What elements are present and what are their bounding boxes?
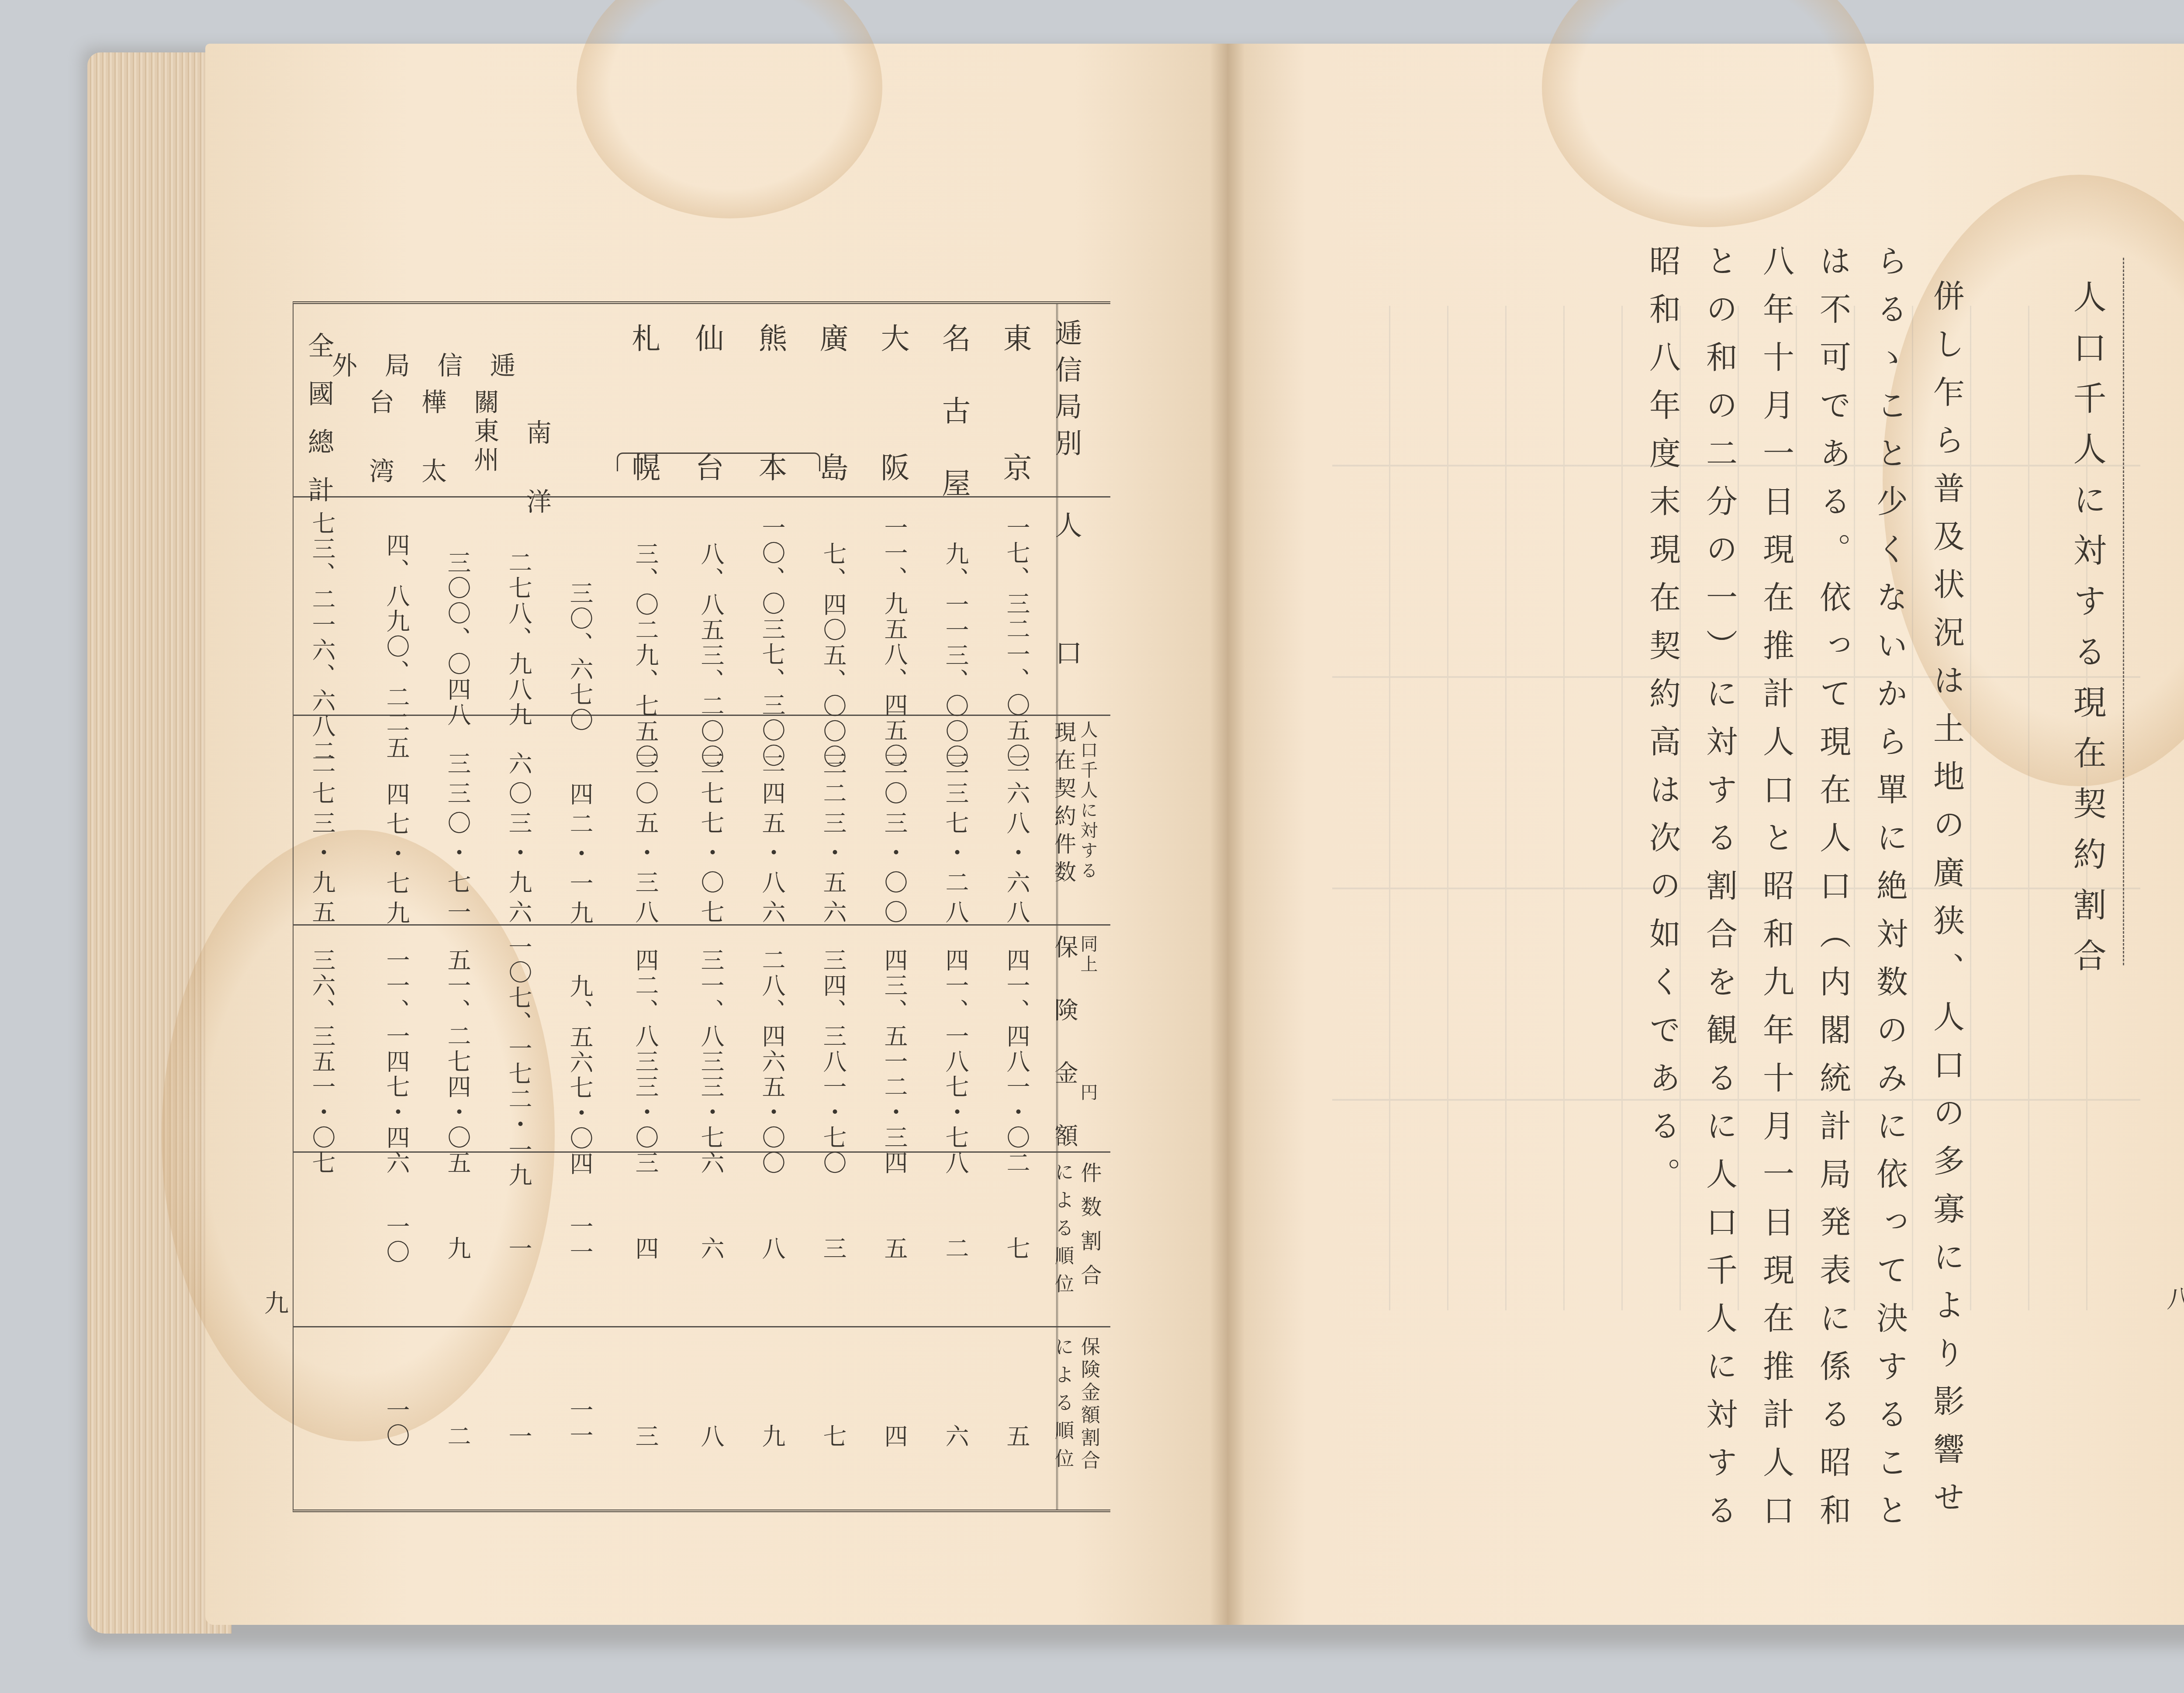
per-thousand-cell: 六〇三・九六	[507, 751, 530, 929]
premium-cell: 四一、一八七・七八	[943, 948, 967, 1176]
rank-amount-cell: 一	[507, 1424, 530, 1449]
header-per-thousand-top: 人口千人に対する	[1079, 721, 1096, 881]
premium-cell: 二八、四六五・〇〇	[760, 948, 784, 1176]
per-thousand-cell: 三七七・〇七	[699, 751, 722, 929]
header-rank-count-top: 件数割合	[1079, 1162, 1100, 1298]
rank-amount-cell: 一〇	[384, 1398, 408, 1448]
header-rank-amount-main: による順位	[1053, 1337, 1072, 1476]
population-cell: 四、八九〇、二二五	[384, 533, 408, 761]
rank-count-cell: 五	[882, 1236, 906, 1261]
rank-count-cell: 七	[1005, 1236, 1028, 1261]
population-cell: 七三、二一六、六八二	[310, 511, 334, 764]
per-thousand-cell: 二七三・九五	[310, 751, 334, 929]
premium-cell: 三六、三五一・〇七	[310, 948, 334, 1176]
paragraph-column: は不可である。依って現在人口（内閣統計局発表に係る昭和	[1817, 245, 1849, 1542]
rank-count-cell: 四	[633, 1236, 657, 1261]
header-office: 逓信局別	[1053, 319, 1080, 466]
rank-count-cell: 二	[943, 1236, 967, 1261]
premium-cell: 三一、八三三・七六	[699, 948, 722, 1176]
premium-cell: 四二、八三三・〇三	[633, 948, 657, 1176]
group-label-char: 信	[437, 345, 463, 382]
rank-amount-cell: 五	[1005, 1424, 1028, 1449]
per-thousand-cell: 三〇五・三八	[633, 751, 657, 929]
rank-amount-cell: 七	[821, 1424, 845, 1449]
header-per-thousand-main: 現在契約件数	[1053, 721, 1075, 888]
header-premium-main: 保険金額	[1053, 935, 1076, 1186]
row-header-column	[1056, 304, 1110, 1510]
paragraph-column: 併し乍ら普及状況は土地の廣狭、人口の多寡により影響せ	[1931, 280, 1962, 1529]
premium-cell: 四一、四八一・〇二	[1005, 948, 1028, 1176]
left-page-number: 九	[264, 1284, 289, 1319]
rank-count-cell: 八	[760, 1236, 784, 1261]
paragraph-column: 八年十月一日現在推計人口と昭和九年十月一日現在推計人口	[1760, 245, 1792, 1542]
header-premium-unit: 円	[1079, 1083, 1096, 1103]
office-karafuto: 樺太	[419, 389, 445, 527]
water-stain	[1542, 0, 1874, 227]
premium-cell: 一〇七、一七二・一九	[507, 935, 530, 1188]
premium-cell: 一一、一四七・四六	[384, 948, 408, 1176]
rank-amount-cell: 四	[882, 1424, 906, 1449]
population-cell: 一七、三二一、〇五〇	[1005, 515, 1028, 769]
premium-cell: 五一、二七四・〇五	[446, 948, 469, 1176]
section-title: 人口千人に対する現在契約割合	[2070, 280, 2104, 989]
population-cell: 三〇、六七〇	[568, 581, 591, 733]
per-thousand-cell: 三三〇・七一	[446, 751, 469, 929]
rank-count-cell: 三	[821, 1236, 845, 1261]
rank-count-cell: 一〇	[384, 1214, 408, 1265]
population-cell: 八、八五三、二〇〇	[699, 542, 722, 770]
population-cell: 一一、九五八、四五〇	[882, 515, 906, 769]
water-stain	[577, 0, 882, 218]
population-cell: 三、〇二九、七五〇	[633, 542, 657, 770]
rank-amount-cell: 二	[446, 1424, 469, 1449]
office-nanyo: 南洋	[524, 419, 549, 557]
rank-count-cell: 一	[507, 1236, 530, 1261]
population-cell: 一〇、〇三七、三〇〇	[760, 515, 784, 769]
paragraph-column: との和の二分の一）に対する割合を観るに人口千人に対する	[1704, 245, 1735, 1542]
premium-cell: 九、五六七・〇四	[568, 974, 591, 1177]
premium-cell: 四三、五一二・三四	[882, 948, 906, 1176]
rank-amount-cell: 九	[760, 1424, 784, 1449]
office-national-total: 全國總計	[306, 332, 332, 524]
rank-count-cell: 九	[446, 1236, 469, 1261]
population-cell: 九、一一三、〇〇〇	[943, 542, 967, 770]
paragraph-column: 昭和八年度末現在契約高は次の如くである。	[1647, 245, 1678, 1206]
title-rule	[2123, 258, 2124, 965]
population-cell: 二七八、九八九	[507, 550, 530, 728]
rank-amount-cell: 三	[633, 1424, 657, 1449]
rank-count-cell: 一一	[568, 1214, 591, 1265]
per-thousand-cell: 二六八・六八	[1005, 751, 1028, 929]
header-premium-top: 同上	[1079, 935, 1096, 975]
row-divider	[294, 1326, 1110, 1327]
per-thousand-cell: 二四五・八六	[760, 751, 784, 929]
per-thousand-cell: 三〇三・〇〇	[882, 751, 906, 929]
rank-amount-cell: 一一	[568, 1398, 591, 1448]
population-cell: 三〇〇、〇四八	[446, 550, 469, 728]
office-taiwan: 台湾	[367, 389, 392, 527]
office-kwantung: 關東州	[472, 389, 497, 475]
group-label-overseas-row: 逓 信 局 外	[332, 345, 515, 382]
group-label-char: 逓	[490, 345, 515, 382]
group-label-char: 局	[385, 345, 410, 382]
premium-cell: 三四、三八一・七〇	[821, 948, 845, 1176]
book-gutter	[1210, 44, 1245, 1625]
rank-amount-cell: 六	[943, 1424, 967, 1449]
right-page-number: 八	[2167, 1280, 2184, 1315]
paragraph-column: らるゝこと少くないから單に絶対数のみに依って決すること	[1874, 245, 1905, 1542]
per-thousand-cell: 四七・七九	[384, 782, 408, 930]
rank-count-cell: 六	[699, 1236, 722, 1261]
header-rank-count-main: による順位	[1053, 1162, 1072, 1302]
header-rank-amount-top: 保険金額割合	[1079, 1337, 1098, 1473]
rank-amount-cell: 八	[699, 1424, 722, 1449]
office-nagoya: 名古屋	[939, 323, 968, 541]
per-thousand-cell: 三三七・二八	[943, 751, 967, 929]
per-thousand-cell: 四二・一九	[568, 782, 591, 930]
per-thousand-cell: 三二三・五六	[821, 751, 845, 929]
population-cell: 七、四〇五、〇〇〇	[821, 542, 845, 770]
group-label-char: 外	[332, 345, 357, 382]
